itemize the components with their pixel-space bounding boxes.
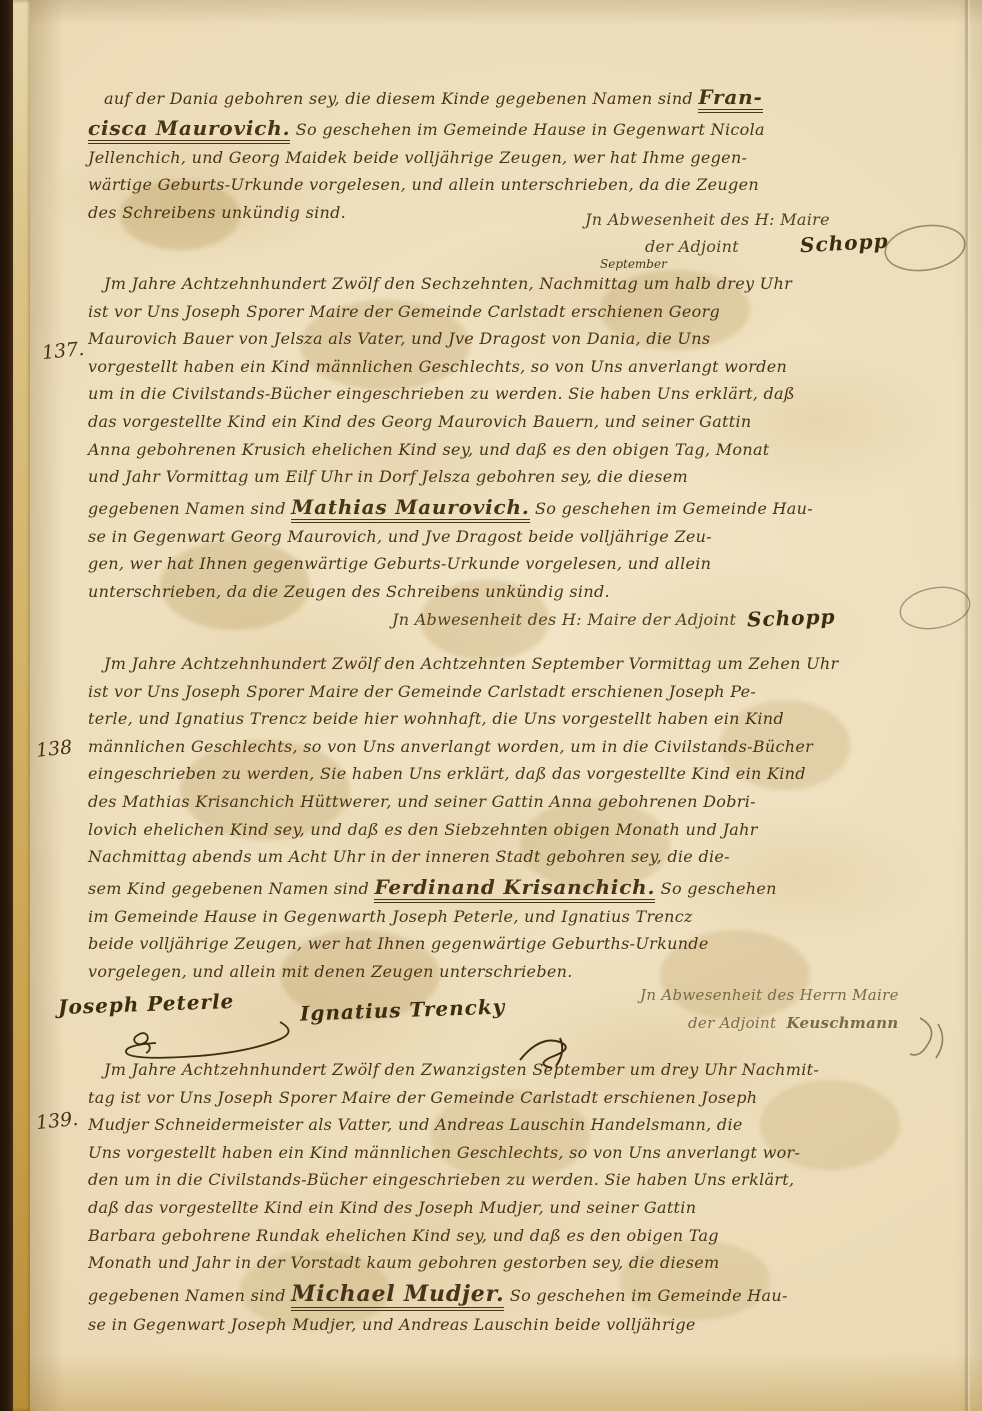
text-line: Nachmittag abends um Acht Uhr in der inn… (88, 843, 968, 871)
entry-number-138: 138 (35, 736, 73, 762)
text-line: im Gemeinde Hause in Gegenwarth Joseph P… (88, 903, 968, 931)
text-line: vorgestellt haben ein Kind männlichen Ge… (88, 353, 968, 381)
text-segment: So geschehen im Gemeinde Hau- (530, 499, 813, 518)
text-line: um in die Civilstands-Bücher eingeschrie… (88, 380, 968, 408)
text-line: unterschrieben, da die Zeugen des Schrei… (88, 578, 968, 606)
text-line: männlichen Geschlechts, so von Uns anver… (88, 733, 968, 761)
entry-137-text: Jm Jahre Achtzehnhundert Zwölf den Sechz… (88, 270, 968, 606)
text-line: Jm Jahre Achtzehnhundert Zwölf den Sechz… (88, 270, 968, 298)
text-segment: So geschehen (655, 879, 776, 898)
child-name-ferdinand-krisanchich: Ferdinand Krisanchich. (374, 875, 655, 903)
entry-number-139: 139. (35, 1108, 79, 1134)
entry-138-text: Jm Jahre Achtzehnhundert Zwölf den Achtz… (88, 650, 968, 986)
absence-note-entry-137: Jn Abwesenheit des H: Maire der Adjoint … (392, 606, 836, 630)
text-line: ist vor Uns Joseph Sporer Maire der Geme… (88, 298, 968, 326)
text-line: gegebenen Namen sind Mathias Maurovich. … (88, 491, 968, 523)
child-name-michael-mudjer: Michael Mudjer. (291, 1281, 504, 1311)
text-segment: gegebenen Namen sind (88, 499, 291, 518)
adjoint-signature-schopp: Schopp (747, 604, 836, 631)
text-line: eingeschrieben zu werden, Sie haben Uns … (88, 760, 968, 788)
text-segment: gegebenen Namen sind (88, 1286, 291, 1305)
text-line: tag ist vor Uns Joseph Sporer Maire der … (88, 1084, 968, 1112)
absence-note-line1: Jn Abwesenheit des H: Maire (585, 210, 830, 229)
text-line: das vorgestellte Kind ein Kind des Georg… (88, 408, 968, 436)
text-line: vorgelegen, und allein mit denen Zeugen … (88, 958, 968, 986)
text-line: terle, und Ignatius Trencz beide hier wo… (88, 705, 968, 733)
adjoint-signature-keuschmann: Keuschmann (786, 1014, 898, 1032)
signature-flourish-oval (895, 580, 975, 636)
text-line: Barbara gebohrene Rundak ehelichen Kind … (88, 1222, 968, 1250)
text-line: Jm Jahre Achtzehnhundert Zwölf den Zwanz… (88, 1056, 968, 1084)
text-segment: So geschehen im Gemeinde Hau- (504, 1286, 787, 1305)
text-line: des Schreibens unkündig sind. (88, 199, 968, 227)
signature-flourish-oval (880, 218, 970, 278)
text-line: daß das vorgestellte Kind ein Kind des J… (88, 1194, 968, 1222)
text-line: sem Kind gegebenen Namen sind Ferdinand … (88, 871, 968, 903)
text-line: wärtige Geburts-Urkunde vorgelesen, und … (88, 171, 968, 199)
text-segment: Jn Abwesenheit des H: Maire der Adjoint (392, 610, 736, 629)
text-line: se in Gegenwart Joseph Mudjer, und Andre… (88, 1311, 968, 1339)
text-line: den um in die Civilstands-Bücher eingesc… (88, 1166, 968, 1194)
text-line: ist vor Uns Joseph Sporer Maire der Geme… (88, 678, 968, 706)
entry-number-137: 137. (41, 338, 85, 364)
text-line: Anna gebohrenen Krusich ehelichen Kind s… (88, 436, 968, 464)
text-line: Jm Jahre Achtzehnhundert Zwölf den Achtz… (88, 650, 968, 678)
child-name-francisca-part2: cisca Maurovich. (88, 116, 290, 144)
text-segment: auf der Dania gebohren sey, die diesem K… (104, 89, 698, 108)
absence-note-line1: Jn Abwesenheit des Herrn Maire (640, 986, 899, 1004)
text-line: und Jahr Vormittag um Eilf Uhr in Dorf J… (88, 463, 968, 491)
text-line: Mudjer Schneidermeister als Vatter, und … (88, 1111, 968, 1139)
entry-139-text: Jm Jahre Achtzehnhundert Zwölf den Zwanz… (88, 1056, 968, 1338)
adjoint-signature-schopp: Schopp (799, 229, 889, 258)
text-line: lovich ehelichen Kind sey, und daß es de… (88, 816, 968, 844)
text-line: gen, wer hat Ihnen gegenwärtige Geburts-… (88, 550, 968, 578)
entry-136-continuation: auf der Dania gebohren sey, die diesem K… (88, 84, 968, 226)
text-line: Jellenchich, und Georg Maidek beide voll… (88, 144, 968, 172)
book-binding-edge (0, 0, 14, 1411)
register-page-photo: auf der Dania gebohren sey, die diesem K… (0, 0, 982, 1411)
inserted-word-september: September (600, 257, 667, 271)
text-segment: sem Kind gegebenen Namen sind (88, 879, 374, 898)
text-line: Monath und Jahr in der Vorstadt kaum geb… (88, 1249, 968, 1277)
text-line: Uns vorgestellt haben ein Kind männliche… (88, 1139, 968, 1167)
absence-note-line2: der Adjoint Keuschmann (688, 1014, 899, 1032)
text-line: des Mathias Krisanchich Hüttwerer, und s… (88, 788, 968, 816)
text-line: Maurovich Bauer von Jelsza als Vater, un… (88, 325, 968, 353)
text-segment: So geschehen im Gemeinde Hause in Gegenw… (290, 120, 764, 139)
child-name-francisca-part1: Fran- (698, 85, 762, 113)
text-segment: der Adjoint (688, 1014, 776, 1032)
absence-note-line2: der Adjoint (645, 237, 739, 256)
text-line: cisca Maurovich. So geschehen im Gemeind… (88, 112, 968, 144)
text-line: gegebenen Namen sind Michael Mudjer. So … (88, 1277, 968, 1311)
text-line: beide volljährige Zeugen, wer hat Ihnen … (88, 930, 968, 958)
child-name-mathias-maurovich: Mathias Maurovich. (291, 495, 529, 523)
text-line: auf der Dania gebohren sey, die diesem K… (88, 84, 968, 112)
text-line: se in Gegenwart Georg Maurovich, und Jve… (88, 523, 968, 551)
